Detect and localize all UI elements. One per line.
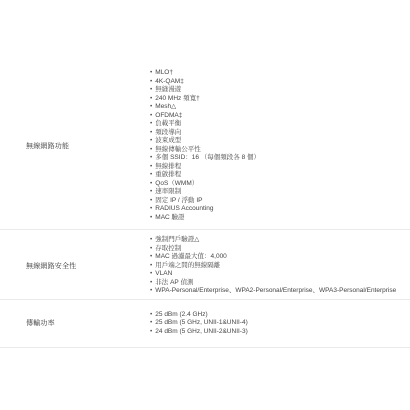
spec-item-list-cell: •MLO†•4K-QAM‡•無縫漫遊•240 MHz 頻寬†•Mesh△•OFD…: [150, 69, 410, 222]
spec-item: •負載平衡: [150, 120, 400, 129]
bullet-icon: •: [150, 253, 152, 262]
bullet-icon: •: [150, 188, 152, 197]
bullet-icon: •: [150, 205, 152, 214]
spec-item-text: VLAN: [155, 270, 172, 279]
spec-item: •MLO†: [150, 69, 400, 78]
bullet-icon: •: [150, 311, 152, 320]
spec-item: •重啟排程: [150, 171, 400, 180]
spec-item-text: OFDMA‡: [155, 112, 182, 121]
spec-item: •Mesh△: [150, 103, 400, 112]
spec-item: •25 dBm (2.4 GHz): [150, 311, 400, 320]
spec-item-text: 無縫漫遊: [155, 86, 181, 95]
spec-item-list-cell: •強制門戶驗證△•存取控制•MAC 過濾最大值：4,000•用戶端之間的無線隔離…: [150, 236, 410, 296]
spec-item-text: MAC 過濾最大值：4,000: [155, 253, 227, 262]
spec-item-text: 多個 SSID：16 （每個頻段各 8 個）: [155, 154, 260, 163]
spec-item-text: RADIUS Accounting: [155, 205, 213, 214]
spec-item: •多個 SSID：16 （每個頻段各 8 個）: [150, 154, 400, 163]
bullet-icon: •: [150, 137, 152, 146]
spec-section-label: 傳輸功率: [0, 311, 150, 337]
bullet-icon: •: [150, 171, 152, 180]
spec-item: •OFDMA‡: [150, 112, 400, 121]
bullet-icon: •: [150, 214, 152, 223]
spec-item: •RADIUS Accounting: [150, 205, 400, 214]
spec-item-text: 固定 IP / 浮動 IP: [155, 197, 202, 206]
bullet-icon: •: [150, 146, 152, 155]
spec-item: •用戶端之間的無線隔離: [150, 262, 400, 271]
spec-item-text: 負載平衡: [155, 120, 181, 129]
spec-row: 傳輸功率•25 dBm (2.4 GHz)•25 dBm (5 GHz, UNI…: [0, 300, 410, 349]
spec-section-label: 無線網路功能: [0, 69, 150, 222]
spec-item-text: 25 dBm (5 GHz, UNII-1&UNII-4): [155, 319, 247, 328]
spec-item-text: Mesh△: [155, 103, 176, 112]
bullet-icon: •: [150, 154, 152, 163]
spec-item: •存取控制: [150, 245, 400, 254]
spec-item-text: 存取控制: [155, 245, 181, 254]
spec-item-text: 用戶端之間的無線隔離: [155, 262, 220, 271]
bullet-icon: •: [150, 86, 152, 95]
bullet-icon: •: [150, 95, 152, 104]
spec-item: •固定 IP / 浮動 IP: [150, 197, 400, 206]
spec-item: •無縫漫遊: [150, 86, 400, 95]
spec-item-text: WPA-Personal/Enterprise、WPA2-Personal/En…: [155, 287, 396, 296]
spec-item: •WPA-Personal/Enterprise、WPA2-Personal/E…: [150, 287, 400, 296]
spec-item: •240 MHz 頻寬†: [150, 95, 400, 104]
spec-item-text: 波束成型: [155, 137, 181, 146]
bullet-icon: •: [150, 103, 152, 112]
bullet-icon: •: [150, 129, 152, 138]
spec-item-text: 非法 AP 偵測: [155, 279, 193, 288]
bullet-icon: •: [150, 279, 152, 288]
bullet-icon: •: [150, 78, 152, 87]
spec-item: •波束成型: [150, 137, 400, 146]
spec-item-text: 重啟排程: [155, 171, 181, 180]
spec-item-text: MLO†: [155, 69, 173, 78]
spec-table: 無線網路功能•MLO†•4K-QAM‡•無縫漫遊•240 MHz 頻寬†•Mes…: [0, 60, 410, 348]
spec-item-list: •強制門戶驗證△•存取控制•MAC 過濾最大值：4,000•用戶端之間的無線隔離…: [150, 236, 400, 296]
spec-item: •速率限制: [150, 188, 400, 197]
bullet-icon: •: [150, 236, 152, 245]
spec-item: •MAC 過濾最大值：4,000: [150, 253, 400, 262]
bullet-icon: •: [150, 112, 152, 121]
spec-item-text: 速率限制: [155, 188, 181, 197]
spec-item: •非法 AP 偵測: [150, 279, 400, 288]
spec-item-text: 強制門戶驗證△: [155, 236, 199, 245]
spec-item-list: •25 dBm (2.4 GHz)•25 dBm (5 GHz, UNII-1&…: [150, 311, 400, 337]
spec-section-label: 無線網路安全性: [0, 236, 150, 296]
bullet-icon: •: [150, 287, 152, 296]
bullet-icon: •: [150, 262, 152, 271]
bullet-icon: •: [150, 69, 152, 78]
spec-item-text: 頻段導向: [155, 129, 181, 138]
spec-item: •4K-QAM‡: [150, 78, 400, 87]
spec-item-text: 4K-QAM‡: [155, 78, 184, 87]
spec-item-text: 無線傳輸公平性: [155, 146, 201, 155]
spec-item-text: MAC 驗證: [155, 214, 184, 223]
spec-item: •MAC 驗證: [150, 214, 400, 223]
bullet-icon: •: [150, 120, 152, 129]
spec-item: •24 dBm (5 GHz, UNII-2&UNII-3): [150, 328, 400, 337]
spec-item: •25 dBm (5 GHz, UNII-1&UNII-4): [150, 319, 400, 328]
spec-item: •VLAN: [150, 270, 400, 279]
bullet-icon: •: [150, 319, 152, 328]
spec-item-text: 240 MHz 頻寬†: [155, 95, 199, 104]
spec-row: 無線網路功能•MLO†•4K-QAM‡•無縫漫遊•240 MHz 頻寬†•Mes…: [0, 60, 410, 230]
spec-item-text: 無線排程: [155, 163, 181, 172]
spec-row: 無線網路安全性•強制門戶驗證△•存取控制•MAC 過濾最大值：4,000•用戶端…: [0, 230, 410, 300]
spec-item: •無線排程: [150, 163, 400, 172]
spec-item: •QoS（WMM）: [150, 180, 400, 189]
bullet-icon: •: [150, 163, 152, 172]
spec-item-text: 24 dBm (5 GHz, UNII-2&UNII-3): [155, 328, 247, 337]
spec-item-list-cell: •25 dBm (2.4 GHz)•25 dBm (5 GHz, UNII-1&…: [150, 311, 410, 337]
spec-item: •強制門戶驗證△: [150, 236, 400, 245]
spec-item-list: •MLO†•4K-QAM‡•無縫漫遊•240 MHz 頻寬†•Mesh△•OFD…: [150, 69, 400, 222]
spec-item-text: 25 dBm (2.4 GHz): [155, 311, 207, 320]
bullet-icon: •: [150, 245, 152, 254]
spec-item: •頻段導向: [150, 129, 400, 138]
spec-item-text: QoS（WMM）: [155, 180, 198, 189]
bullet-icon: •: [150, 197, 152, 206]
bullet-icon: •: [150, 328, 152, 337]
bullet-icon: •: [150, 180, 152, 189]
bullet-icon: •: [150, 270, 152, 279]
spec-item: •無線傳輸公平性: [150, 146, 400, 155]
